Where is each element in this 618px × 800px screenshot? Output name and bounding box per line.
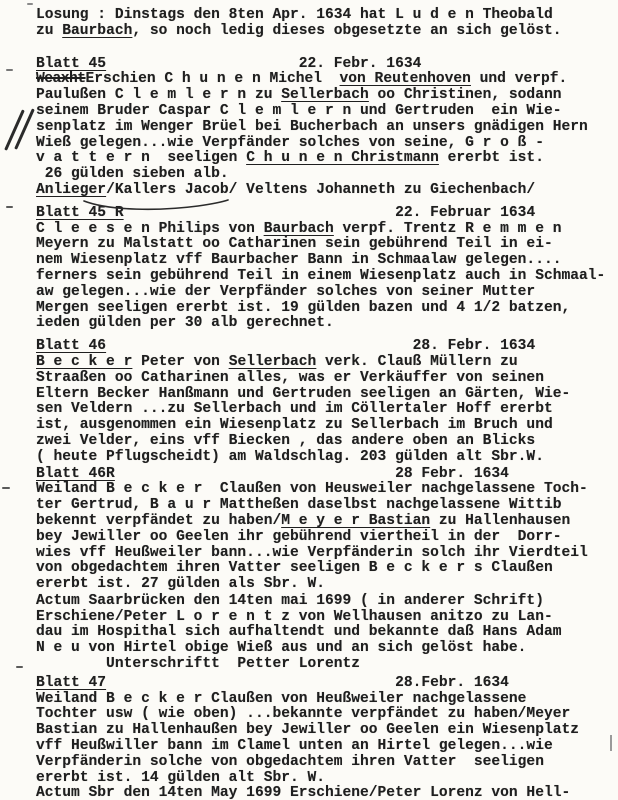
text-run: verk. Clauß Müllern zu bbox=[316, 354, 517, 370]
text-run: Mergen seeligen ererbt ist. 19 gülden ba… bbox=[36, 300, 570, 316]
text-run: ererbt ist. bbox=[439, 150, 544, 166]
text-run: Losung : Dinstags den 8ten Apr. 1634 hat… bbox=[36, 7, 553, 23]
margin-dash-mark bbox=[16, 666, 23, 668]
margin-dash-mark bbox=[6, 206, 13, 208]
section-paragraph: Actum Saarbrücken den 14ten mai 1699 ( i… bbox=[36, 594, 614, 673]
heading-date-gap bbox=[106, 675, 395, 691]
text-run: wies vff Heußweiler bann...wie Verpfände… bbox=[36, 545, 588, 561]
text-run: 26 gülden sieben alb. bbox=[36, 166, 229, 182]
text-run: Peter von bbox=[132, 354, 228, 370]
text-run: Weiland B e c k e r Claußen von Heusweil… bbox=[36, 481, 588, 497]
text-line: wies vff Heußweiler bann...wie Verpfände… bbox=[36, 546, 614, 562]
text-line: dau im Hospithal sich aufhaltendt und be… bbox=[36, 625, 614, 641]
text-line: Wieß gelegen...wie Verpfänder solches vo… bbox=[36, 136, 614, 152]
text-run: ( heute Pflugscheidt) am Waldschlag. 203… bbox=[36, 449, 544, 465]
text-run: Wieß gelegen...wie Verpfänder solches vo… bbox=[36, 135, 544, 151]
underlined-text: Baurbach bbox=[264, 221, 334, 237]
margin-dash-mark bbox=[27, 3, 33, 5]
blatt-heading: Blatt 45 bbox=[36, 56, 106, 72]
entry-date: 22. Febr. 1634 bbox=[299, 56, 422, 72]
blatt-heading: Blatt 47 bbox=[36, 675, 106, 691]
margin-double-slash-mark bbox=[6, 107, 38, 155]
text-line: seinem Bruder Caspar C l e m l e r n und… bbox=[36, 104, 614, 120]
text-run: ererbt ist. 27 gülden als Sbr. W. bbox=[36, 576, 325, 592]
text-run: seinem Bruder Caspar C l e m l e r n und… bbox=[36, 103, 561, 119]
entry-date: 28 Febr. 1634 bbox=[395, 466, 509, 482]
margin-dash-mark bbox=[6, 69, 13, 71]
text-line: ferners sein gebührend Teil in einem Wie… bbox=[36, 269, 614, 285]
text-run: v a t t e r n seeligen bbox=[36, 150, 246, 166]
text-run: senplatz im Wenger Brüel bei Bucherbach … bbox=[36, 119, 588, 135]
entry-date: 28. Febr. 1634 bbox=[413, 338, 536, 354]
section-heading-line: Blatt 47 28.Febr. 1634 bbox=[36, 676, 614, 692]
text-run: zu bbox=[36, 23, 62, 39]
slash-stroke bbox=[14, 108, 34, 149]
text-line: Tochter usw ( wie oben) ...bekannte verp… bbox=[36, 707, 614, 723]
text-line: B e c k e r Peter von Sellerbach verk. C… bbox=[36, 355, 614, 371]
text-run: bey Jewiller oo Geelen ihr gebührend vie… bbox=[36, 529, 561, 545]
heading-date-gap bbox=[106, 338, 413, 354]
section-paragraph: B e c k e r Peter von Sellerbach verk. C… bbox=[36, 355, 614, 466]
text-run: ter Gertrud, B a u r Mattheßen daselbst … bbox=[36, 497, 561, 513]
text-run: von obgedachtem ihren Vatter seeligen B … bbox=[36, 560, 553, 576]
text-line: Eltern Becker Hanßmann und Gertruden see… bbox=[36, 387, 614, 403]
text-line: Meyern zu Malstatt oo Catharinen sein ge… bbox=[36, 237, 614, 253]
text-run: Weiland B e c k e r Claußen von Heußweil… bbox=[36, 691, 526, 707]
text-line: sen Veldern ...zu Sellerbach und im Cöll… bbox=[36, 402, 614, 418]
text-line: bekennt verpfändet zu haben/M e y e r Ba… bbox=[36, 514, 614, 530]
text-run: oo Christinen, sodann bbox=[369, 87, 562, 103]
text-run: nem Wiesenplatz vff Baurbacher Bann in S… bbox=[36, 252, 561, 268]
text-run: Eltern Becker Hanßmann und Gertruden see… bbox=[36, 386, 570, 402]
text-line: zu Baurbach, so noch ledig dieses obgese… bbox=[36, 24, 614, 40]
text-line: Losung : Dinstags den 8ten Apr. 1634 hat… bbox=[36, 8, 614, 24]
text-line: Bastian zu Hallenhaußen bey Jewiller oo … bbox=[36, 723, 614, 739]
text-run: Tochter usw ( wie oben) ...bekannte verp… bbox=[36, 706, 570, 722]
text-line: Straaßen oo Catharinen alles, was er Ver… bbox=[36, 371, 614, 387]
underlined-text: M e y e r Bastian bbox=[281, 513, 430, 529]
text-line: Actum Saarbrücken den 14ten mai 1699 ( i… bbox=[36, 594, 614, 610]
text-run: Actum Sbr den 14ten May 1699 Erschiene/P… bbox=[36, 785, 570, 800]
scanned-document-page: Losung : Dinstags den 8ten Apr. 1634 hat… bbox=[0, 0, 618, 800]
text-run: und verpf. bbox=[471, 71, 567, 87]
text-line: ( heute Pflugscheidt) am Waldschlag. 203… bbox=[36, 450, 614, 466]
blatt-section: Blatt 46R 28 Febr. 1634Weiland B e c k e… bbox=[36, 467, 614, 673]
underlined-text: B e c k e r bbox=[36, 354, 132, 370]
text-run: Straaßen oo Catharinen alles, was er Ver… bbox=[36, 370, 544, 386]
blatt-section: Blatt 45 22. Febr. 1634WeaxhtErschien C … bbox=[36, 57, 614, 199]
blatt-section: Blatt 45 R 22. Februar 1634C l e e s e n… bbox=[36, 206, 614, 332]
text-run: /Kallers Jacob/ Veltens Johanneth zu Gie… bbox=[106, 182, 535, 198]
text-line: bey Jewiller oo Geelen ihr gebührend vie… bbox=[36, 530, 614, 546]
edge-stray-mark bbox=[610, 735, 612, 751]
text-line: 26 gülden sieben alb. bbox=[36, 167, 614, 183]
text-line: Mergen seeligen ererbt ist. 19 gülden ba… bbox=[36, 301, 614, 317]
entry-date: 28.Febr. 1634 bbox=[395, 675, 509, 691]
text-run: Meyern zu Malstatt oo Catharinen sein ge… bbox=[36, 236, 553, 252]
text-run: aw gelegen...wie der Verpfänder solches … bbox=[36, 284, 535, 300]
text-line: senplatz im Wenger Brüel bei Bucherbach … bbox=[36, 120, 614, 136]
text-line: N e u von Hirtel obige Wieß aus und an s… bbox=[36, 641, 614, 657]
text-run: Actum Saarbrücken den 14ten mai 1699 ( i… bbox=[36, 593, 544, 609]
section-heading-line: Blatt 46R 28 Febr. 1634 bbox=[36, 467, 614, 483]
text-run: C l e e s e n Philips von bbox=[36, 221, 264, 237]
underlined-text: Sellerbach bbox=[281, 87, 369, 103]
text-line: Verpfänderin solche von obgedachtem ihre… bbox=[36, 755, 614, 771]
text-line: ererbt ist. 27 gülden als Sbr. W. bbox=[36, 577, 614, 593]
section-paragraph: Weiland B e c k e r Claußen von Heusweil… bbox=[36, 482, 614, 593]
text-line: vff Heußwiller bann im Clamel unten an H… bbox=[36, 739, 614, 755]
text-run: ferners sein gebührend Teil in einem Wie… bbox=[36, 268, 605, 284]
text-line: Actum Sbr den 14ten May 1699 Erschiene/P… bbox=[36, 786, 614, 800]
text-line: ist, ausgenommen ein Wiesenplatz zu Sell… bbox=[36, 418, 614, 434]
text-line: von obgedachtem ihren Vatter seeligen B … bbox=[36, 561, 614, 577]
text-run: , so noch ledig dieses obgesetzte an sic… bbox=[132, 23, 561, 39]
margin-dash-mark bbox=[2, 487, 10, 489]
text-run: zu Hallenhausen bbox=[430, 513, 570, 529]
blatt-heading: Blatt 46 bbox=[36, 338, 106, 354]
text-line: ieden gülden per 30 alb gerechnet. bbox=[36, 316, 614, 332]
text-run: Bastian zu Hallenhaußen bey Jewiller oo … bbox=[36, 722, 579, 738]
text-run: Unterschriftt Petter Lorentz bbox=[36, 656, 360, 672]
blatt-section: Blatt 47 28.Febr. 1634Weiland B e c k e … bbox=[36, 676, 614, 800]
text-run: Verpfänderin solche von obgedachtem ihre… bbox=[36, 754, 544, 770]
text-run: N e u von Hirtel obige Wieß aus und an s… bbox=[36, 640, 526, 656]
text-run: bekennt verpfändet zu haben/ bbox=[36, 513, 281, 529]
underlined-text: C h u n e n Christmann bbox=[246, 150, 439, 166]
text-run: ist, ausgenommen ein Wiesenplatz zu Sell… bbox=[36, 417, 553, 433]
struck-out-text: Weaxht bbox=[36, 71, 86, 87]
text-line: aw gelegen...wie der Verpfänder solches … bbox=[36, 285, 614, 301]
section-paragraph: C l e e s e n Philips von Baurbach verpf… bbox=[36, 222, 614, 333]
text-run: vff Heußwiller bann im Clamel unten an H… bbox=[36, 738, 553, 754]
text-line: Paulußen C l e m l e r n zu Sellerbach o… bbox=[36, 88, 614, 104]
text-line: C l e e s e n Philips von Baurbach verpf… bbox=[36, 222, 614, 238]
heading-date-gap bbox=[115, 466, 395, 482]
text-run: sen Veldern ...zu Sellerbach und im Cöll… bbox=[36, 401, 553, 417]
blatt-section: Blatt 46 28. Febr. 1634B e c k e r Peter… bbox=[36, 339, 614, 465]
blatt-heading: Blatt 46R bbox=[36, 466, 115, 482]
text-line: v a t t e r n seeligen C h u n e n Chris… bbox=[36, 151, 614, 167]
text-run: ererbt ist. 14 gülden alt Sbr. W. bbox=[36, 770, 325, 786]
text-run: Paulußen C l e m l e r n zu bbox=[36, 87, 281, 103]
section-heading-line: Blatt 46 28. Febr. 1634 bbox=[36, 339, 614, 355]
text-run: ieden gülden per 30 alb gerechnet. bbox=[36, 315, 334, 331]
underlined-text: Anlieger bbox=[36, 182, 106, 198]
intro-paragraph: Losung : Dinstags den 8ten Apr. 1634 hat… bbox=[36, 8, 614, 40]
document-body: Losung : Dinstags den 8ten Apr. 1634 hat… bbox=[36, 8, 614, 800]
text-line: WeaxhtErschien C h u n e n Michel von Re… bbox=[36, 72, 614, 88]
text-line: Unterschriftt Petter Lorentz bbox=[36, 657, 614, 673]
text-line: Weiland B e c k e r Claußen von Heusweil… bbox=[36, 482, 614, 498]
text-run: verpf. Trentz R e m m e n bbox=[334, 221, 562, 237]
entry-date: 22. Februar 1634 bbox=[395, 205, 535, 221]
heading-date-gap bbox=[106, 56, 299, 72]
text-line: Anlieger/Kallers Jacob/ Veltens Johannet… bbox=[36, 183, 614, 199]
text-run: dau im Hospithal sich aufhaltendt und be… bbox=[36, 624, 561, 640]
text-line: zwei Velder, eins vff Biecken , das ande… bbox=[36, 434, 614, 450]
section-paragraph: WeaxhtErschien C h u n e n Michel von Re… bbox=[36, 72, 614, 198]
underlined-text: von Reutenhoven bbox=[340, 71, 471, 87]
underlined-text: Baurbach bbox=[62, 23, 132, 39]
text-run: zwei Velder, eins vff Biecken , das ande… bbox=[36, 433, 535, 449]
text-run: Erschiene/Peter L o r e n t z von Wellha… bbox=[36, 609, 553, 625]
text-line: nem Wiesenplatz vff Baurbacher Bann in S… bbox=[36, 253, 614, 269]
section-paragraph: Weiland B e c k e r Claußen von Heußweil… bbox=[36, 692, 614, 800]
text-run: Erschien C h u n e n Michel bbox=[86, 71, 340, 87]
text-line: ter Gertrud, B a u r Mattheßen daselbst … bbox=[36, 498, 614, 514]
kallers-underline-stroke bbox=[80, 198, 232, 214]
underlined-text: Sellerbach bbox=[229, 354, 317, 370]
